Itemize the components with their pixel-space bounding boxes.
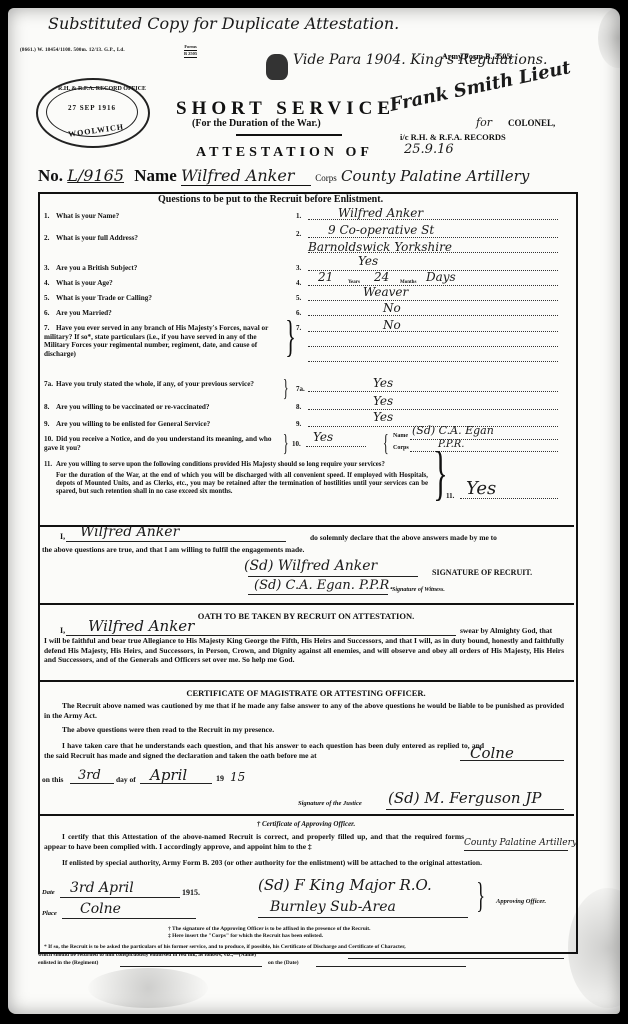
attestation-place[interactable]: Colne <box>470 744 514 762</box>
corps-line <box>464 850 568 851</box>
witness-signature[interactable]: (Sd) C.A. Egan. P.P.R. <box>254 578 393 593</box>
name-label: Name <box>134 166 176 185</box>
answer-number: 10. <box>292 440 301 448</box>
question-9: 9.Are you willing to be enlisted for Gen… <box>44 420 210 429</box>
approving-para-2: If enlisted by special authority, Army F… <box>44 858 564 868</box>
section-divider <box>40 603 574 605</box>
question-7a: 7a.Have you truly stated the whole, if a… <box>44 380 280 389</box>
answer-line <box>308 285 558 286</box>
question-number: 7. <box>44 324 56 333</box>
approval-place[interactable]: Colne <box>80 901 121 917</box>
handwritten-title: Substituted Copy for Duplicate Attestati… <box>48 14 399 33</box>
approval-date[interactable]: 3rd April <box>70 880 134 896</box>
recruit-signature-label: SIGNATURE OF RECRUIT. <box>432 568 532 577</box>
justice-label: Signature of the Justice <box>298 800 362 807</box>
brace: } <box>433 458 447 488</box>
answer-number: 1. <box>296 212 301 220</box>
answer-line <box>308 409 558 410</box>
oath-swear: swear by Almighty God, that <box>460 626 552 635</box>
brace: } <box>283 429 289 459</box>
recruit-signature[interactable]: (Sd) Wilfred Anker <box>244 558 377 574</box>
bottom-note-3: enlisted in the (Regiment) <box>38 960 98 966</box>
question-6: 6.Are you Married? <box>44 309 112 318</box>
question-number: 6. <box>44 309 56 318</box>
attestation-heading: ATTESTATION OF <box>196 145 373 161</box>
corps-label: Corps <box>315 173 337 183</box>
question-7: 7.Have you ever served in any branch of … <box>44 324 280 358</box>
approving-para-1: I certify that this Attestation of the a… <box>44 832 464 851</box>
form-title: SHORT SERVICE <box>176 98 395 120</box>
question-3: 3.Are you a British Subject? <box>44 264 137 273</box>
answer-line <box>308 315 558 316</box>
regimental-number: L/9165 <box>67 166 124 185</box>
notice-given-by[interactable]: (Sd) C.A. Egan <box>412 424 494 437</box>
answer-line <box>410 439 558 440</box>
footnote-approving: † The signature of the Approving Officer… <box>168 926 371 932</box>
army-form-number: Army Form B. 2505. <box>442 52 512 61</box>
answer-line <box>308 237 558 238</box>
answer-7a[interactable]: Yes <box>373 376 393 390</box>
question-4: 4.What is your Age? <box>44 279 113 288</box>
colonel-for: for <box>476 116 492 129</box>
brace: { <box>383 429 389 459</box>
recruit-name: Wilfred Anker <box>181 166 311 186</box>
question-text: Did you receive a Notice, and do you und… <box>44 435 272 452</box>
answer-11[interactable]: Yes <box>466 478 496 499</box>
question-text: What is your Age? <box>56 279 113 287</box>
question-2: 2.What is your full Address? <box>44 234 138 243</box>
paper-stain <box>598 8 620 68</box>
question-5: 5.What is your Trade or Calling? <box>44 294 152 303</box>
recruit-id-line: No. L/9165 Name Wilfred Anker Corps Coun… <box>38 166 529 186</box>
oath-name[interactable]: Wilfred Anker <box>88 617 194 635</box>
approval-year: 1915. <box>182 888 200 897</box>
records-label: i/c R.H. & R.F.A. RECORDS <box>400 132 506 142</box>
answer-10[interactable]: Yes <box>313 430 333 444</box>
question-number: 7a. <box>44 380 56 389</box>
question-number: 4. <box>44 279 56 288</box>
question-number: 2. <box>44 234 56 243</box>
declaration-name[interactable]: Wilfred Anker <box>80 524 179 540</box>
question-number: 10. <box>44 435 56 444</box>
attestation-month[interactable]: April <box>150 766 187 784</box>
day-of-label: day of <box>116 775 136 784</box>
answer-number: 11. <box>446 492 454 500</box>
answer-number: 2. <box>296 230 301 238</box>
answer-line <box>410 451 558 452</box>
approving-heading: † Certificate of Approving Officer. <box>38 820 574 828</box>
answer-number: 9. <box>296 420 301 428</box>
corps-value: County Palatine Artillery <box>341 167 529 185</box>
year-suffix[interactable]: 15 <box>230 770 245 784</box>
question-text: Are you willing to be enlisted for Gener… <box>56 420 210 428</box>
answer-9[interactable]: Yes <box>373 410 393 424</box>
certificate-heading: CERTIFICATE OF MAGISTRATE OR ATTESTING O… <box>38 688 574 698</box>
answer-line <box>308 331 558 332</box>
attestation-document: Substituted Copy for Duplicate Attestati… <box>8 8 620 1014</box>
answer-8[interactable]: Yes <box>373 394 393 408</box>
answer-line <box>308 361 558 362</box>
question-number: 9. <box>44 420 56 429</box>
brace: } <box>285 322 296 352</box>
on-this-label: on this <box>42 775 63 784</box>
note-regiment-line <box>120 966 262 967</box>
brace: } <box>283 374 289 404</box>
question-number: 3. <box>44 264 56 273</box>
question-text: Are you a British Subject? <box>56 264 137 272</box>
answer-1[interactable]: Wilfred Anker <box>338 206 423 220</box>
title-rule <box>236 134 342 136</box>
year-prefix: 19 <box>216 774 224 783</box>
years-label: Years <box>348 280 360 285</box>
answer-5[interactable]: Weaver <box>363 285 408 299</box>
answer-3[interactable]: Yes <box>358 254 378 268</box>
day-line <box>70 783 114 784</box>
answer-number: 5. <box>296 294 301 302</box>
forms-number: B 2505 <box>184 51 197 58</box>
approved-corps[interactable]: County Palatine Artillery <box>464 838 577 848</box>
signature-line <box>66 541 286 542</box>
question-1: 1.What is your Name? <box>44 212 119 221</box>
date-line <box>60 897 180 898</box>
section-divider <box>40 814 574 816</box>
certificate-para-3: I have taken care that he understands ea… <box>44 741 484 760</box>
record-office-stamp: R.H. & R.F.A. RECORD OFFICE 27 SEP 1916 … <box>36 78 150 148</box>
days-label: Days <box>426 270 456 284</box>
attestation-day[interactable]: 3rd <box>78 768 101 783</box>
number-label: No. <box>38 166 63 185</box>
question-text: Have you truly stated the whole, if any,… <box>56 380 254 388</box>
answer-number: 3. <box>296 264 301 272</box>
answer-6[interactable]: No <box>383 301 401 315</box>
signature-line <box>248 594 388 595</box>
witness-signature-label: Signature of Witness. <box>392 587 445 593</box>
signature-line <box>258 917 468 918</box>
signature-line <box>248 576 418 577</box>
question-text: What is your Name? <box>56 212 119 220</box>
question-11: 11.Are you willing to serve upon the fol… <box>44 461 428 496</box>
declaration-text-2: the above questions are true, and that I… <box>42 545 304 554</box>
form-subtitle: (For the Duration of the War.) <box>192 118 321 129</box>
records-date: 25.9.16 <box>404 142 454 157</box>
oath-i: I, <box>60 626 65 635</box>
forms-label: Forms <box>184 44 197 51</box>
question-8: 8.Are you willing to be vaccinated or re… <box>44 403 210 412</box>
answer-line <box>308 300 558 301</box>
certificate-para-2: The above questions were then read to th… <box>44 725 564 735</box>
approving-officer-label: Approving Officer. <box>496 898 546 905</box>
print-code: (8661.) W. 18454/1108. 500m. 12/13. G.P.… <box>20 48 125 53</box>
questions-heading: Questions to be put to the Recruit befor… <box>158 194 383 205</box>
question-text: What is your full Address? <box>56 234 138 242</box>
question-number: 11. <box>44 461 56 469</box>
bottom-note-1: * If so, the Recruit is to be asked the … <box>44 944 406 950</box>
answer-2-line-1[interactable]: 9 Co-operative St <box>328 223 434 237</box>
answer-number: 4. <box>296 279 301 287</box>
oath-body: I will be faithful and bear true Allegia… <box>44 636 564 665</box>
section-divider <box>40 680 574 682</box>
place-label: Place <box>42 910 57 917</box>
answer-line <box>306 446 366 447</box>
bottom-note-2: which should be returned to him conspicu… <box>38 952 256 958</box>
declaration-i: I, <box>60 532 65 541</box>
footnote-corps: ‡ Here insert the "Corps" for which the … <box>168 933 323 939</box>
royal-crest-icon <box>266 54 288 80</box>
answer-7[interactable]: No <box>383 318 401 332</box>
place-line <box>62 918 196 919</box>
approving-officer-area[interactable]: Burnley Sub-Area <box>270 899 396 915</box>
question-text: Are you Married? <box>56 309 112 317</box>
bottom-note-3b: on the (Date) <box>268 960 299 966</box>
declaration-text-1: do solemnly declare that the above answe… <box>310 533 497 542</box>
answer-number: 6. <box>296 309 301 317</box>
answer-4-months[interactable]: 24 <box>374 270 389 284</box>
question-text: Are you willing to be vaccinated or re-v… <box>56 403 210 411</box>
note-name-line <box>348 958 564 959</box>
question-10: 10.Did you receive a Notice, and do you … <box>44 435 280 452</box>
note-date-line <box>316 966 466 967</box>
question-text: What is your Trade or Calling? <box>56 294 152 302</box>
answer-2-line-2[interactable]: Barnoldswick Yorkshire <box>308 240 452 254</box>
answer-4-years[interactable]: 21 <box>318 270 333 284</box>
answer-number: 8. <box>296 403 301 411</box>
answer-line <box>308 346 558 347</box>
certificate-para-1: The Recruit above named was cautioned by… <box>44 701 564 720</box>
date-label: Date <box>42 889 55 896</box>
paper-stain <box>88 968 208 1008</box>
colonel-label: COLONEL, <box>508 118 555 128</box>
forms-code: Forms B 2505 <box>184 44 197 58</box>
approving-officer-signature[interactable]: (Sd) F King Major R.O. <box>258 876 432 894</box>
question-text: Are you willing to serve upon the follow… <box>56 461 385 468</box>
answer-number: 7. <box>296 324 301 332</box>
question-number: 1. <box>44 212 56 221</box>
question-11-conditions: For the duration of the War, at the end … <box>44 472 428 496</box>
question-number: 5. <box>44 294 56 303</box>
notice-corps-label: Corps <box>393 445 409 451</box>
justice-signature[interactable]: (Sd) M. Ferguson JP <box>388 789 541 807</box>
answer-number: 7a. <box>296 385 305 393</box>
question-number: 8. <box>44 403 56 412</box>
signature-line <box>386 809 564 810</box>
notice-name-label: Name <box>393 433 408 439</box>
stamp-office-text: R.H. & R.F.A. RECORD OFFICE <box>58 86 146 92</box>
brace: } <box>476 880 485 910</box>
answer-line <box>308 391 558 392</box>
question-text: Have you ever served in any branch of Hi… <box>44 324 268 358</box>
stamp-date: 27 SEP 1916 <box>68 104 116 112</box>
